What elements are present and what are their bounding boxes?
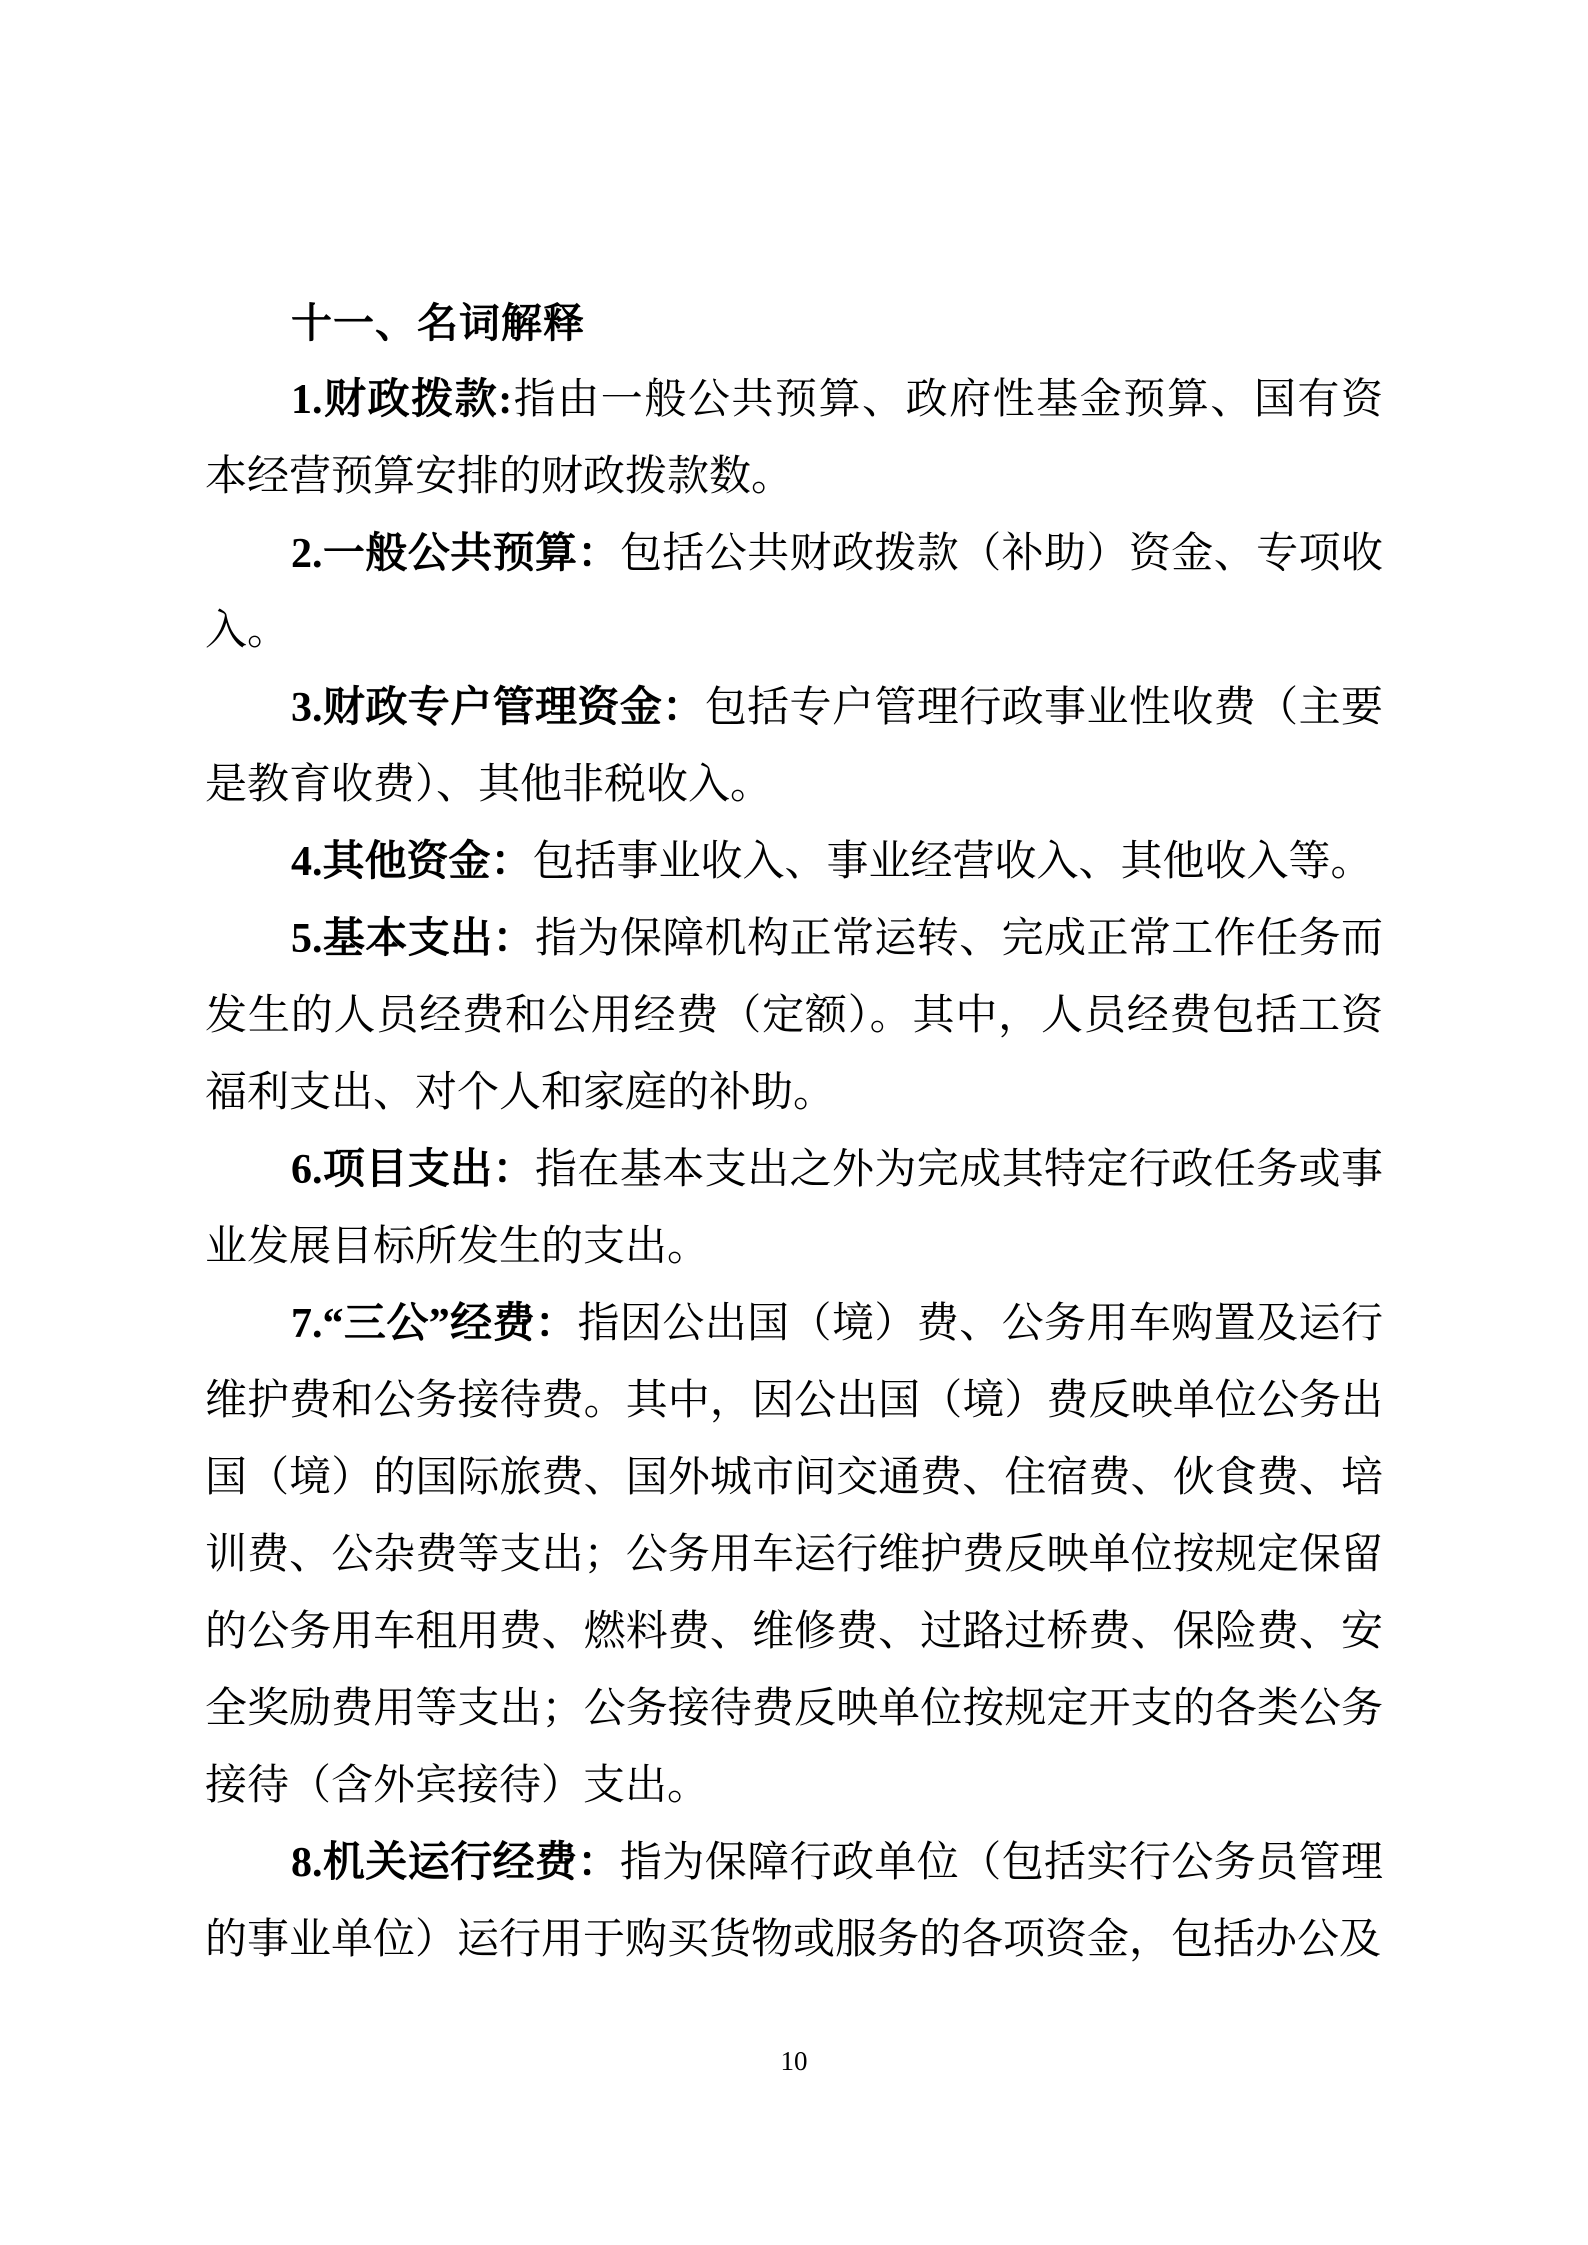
section-title: 十一、名词解释 bbox=[205, 285, 1383, 362]
term-paragraph-4: 4.其他资金：包括事业收入、事业经营收入、其他收入等。 bbox=[205, 824, 1383, 901]
term-label-8: 8.机关运行经费： bbox=[291, 1840, 620, 1886]
term-definition-7: 指因公出国（境）费、公务用车购置及运行维护费和公务接待费。其中，因公出国（境）费… bbox=[205, 1301, 1383, 1809]
page-content: 十一、名词解释 1.财政拨款:指由一般公共预算、政府性基金预算、国有资本经营预算… bbox=[205, 285, 1383, 1979]
term-label-5: 5.基本支出： bbox=[291, 916, 535, 962]
term-label-2: 2.一般公共预算： bbox=[291, 531, 620, 577]
term-paragraph-8: 8.机关运行经费：指为保障行政单位（包括实行公务员管理的事业单位）运行用于购买货… bbox=[205, 1825, 1383, 1979]
term-paragraph-3: 3.财政专户管理资金：包括专户管理行政事业性收费（主要是教育收费）、其他非税收入… bbox=[205, 670, 1383, 824]
term-definition-4: 包括事业收入、事业经营收入、其他收入等。 bbox=[533, 839, 1373, 885]
term-label-3: 3.财政专户管理资金： bbox=[291, 685, 705, 731]
term-paragraph-6: 6.项目支出：指在基本支出之外为完成其特定行政任务或事业发展目标所发生的支出。 bbox=[205, 1132, 1383, 1286]
page-number: 10 bbox=[0, 2046, 1588, 2077]
term-paragraph-1: 1.财政拨款:指由一般公共预算、政府性基金预算、国有资本经营预算安排的财政拨款数… bbox=[205, 362, 1383, 516]
term-label-7: 7.“三公”经费： bbox=[291, 1301, 577, 1347]
term-label-1: 1.财政拨款: bbox=[291, 377, 512, 423]
term-paragraph-7: 7.“三公”经费：指因公出国（境）费、公务用车购置及运行维护费和公务接待费。其中… bbox=[205, 1286, 1383, 1825]
term-paragraph-5: 5.基本支出：指为保障机构正常运转、完成正常工作任务而发生的人员经费和公用经费（… bbox=[205, 901, 1383, 1132]
term-label-4: 4.其他资金： bbox=[291, 839, 533, 885]
term-paragraph-2: 2.一般公共预算：包括公共财政拨款（补助）资金、专项收入。 bbox=[205, 516, 1383, 670]
term-label-6: 6.项目支出： bbox=[291, 1147, 535, 1193]
document-page: 十一、名词解释 1.财政拨款:指由一般公共预算、政府性基金预算、国有资本经营预算… bbox=[0, 0, 1588, 2245]
